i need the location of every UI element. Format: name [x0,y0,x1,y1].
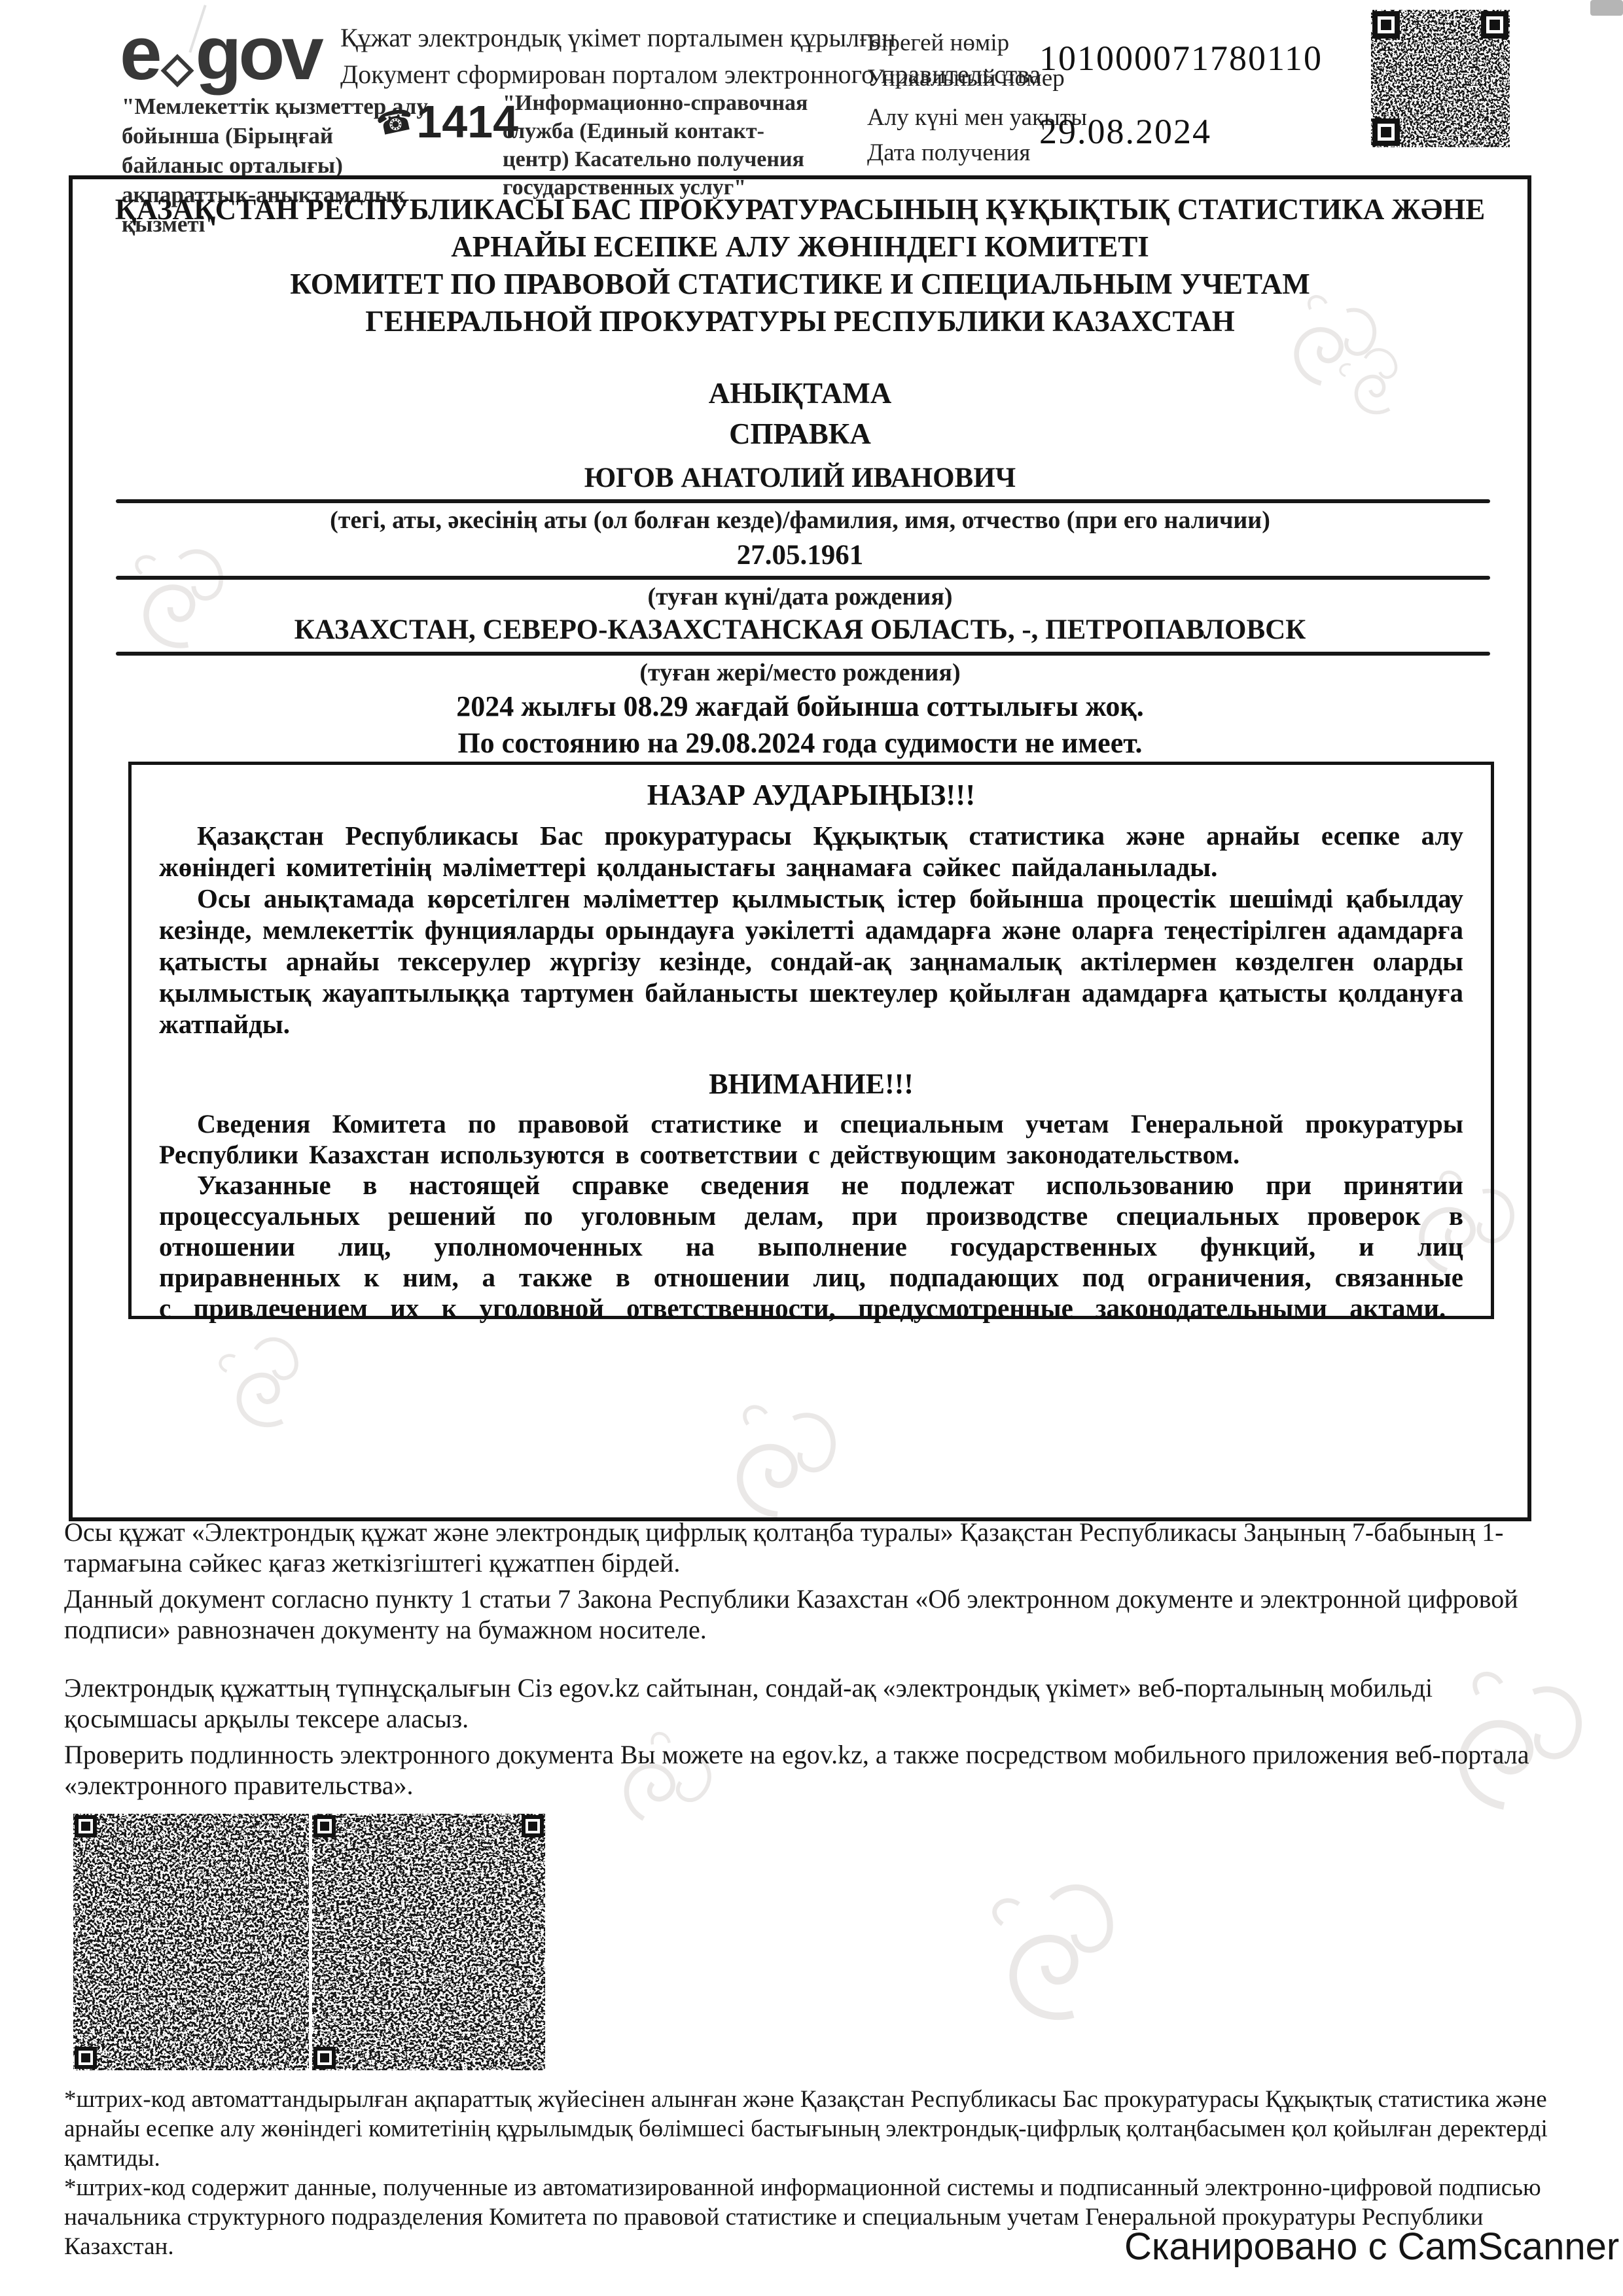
birth-date-caption: (туған күні/дата рождения) [73,582,1527,611]
org-title-line: АРНАЙЫ ЕСЕПКЕ АЛУ ЖӨНІНДЕГІ КОМИТЕТІ [73,230,1527,264]
birth-place-underline [116,652,1490,656]
egov-logo-gov: gov [196,9,321,97]
person-full-name: ЮГОВ АНАТОЛИЙ ИВАНОВИЧ [73,462,1527,494]
notice-box: НАЗАР АУДАРЫҢЫЗ!!! Қазақстан Республикас… [128,762,1494,1319]
conviction-statement-ru: По состоянию на 29.08.2024 года судимост… [73,726,1527,760]
camscanner-note: Сканировано с CamScanner [1124,2225,1619,2269]
birth-place-caption: (туған жері/место рождения) [73,658,1527,687]
unique-number-label-ru: Уникальный номер [867,64,1065,92]
egov-logo-diamond-icon [160,54,194,88]
notice-paragraph-ru: Указанные в настоящей справке сведения н… [159,1170,1463,1324]
barcode-finder-icon [75,1815,97,1837]
phone-icon: ☎ [373,101,417,143]
qr-finder-icon [1481,11,1508,39]
notice-paragraph-kz: Осы анықтамада көрсетілген мәліметтер қы… [159,883,1463,1040]
legal-equivalence-kz: Осы құжат «Электрондық құжат және электр… [64,1517,1572,1578]
legal-verify-kz: Электрондық құжаттың түпнұсқалығын Сіз e… [64,1672,1572,1734]
birth-date: 27.05.1961 [73,539,1527,571]
signature-barcodes [73,1814,545,2070]
birth-place: КАЗАХСТАН, СЕВЕРО-КАЗАХСТАНСКАЯ ОБЛАСТЬ,… [73,614,1527,646]
legal-section: Осы құжат «Электрондық құжат және электр… [64,1517,1572,1806]
egov-logo-e: e [120,9,159,97]
barcode-finder-icon [522,1815,544,1837]
qr-finder-icon [1372,11,1400,39]
qr-finder-icon [1372,118,1400,146]
receipt-date-value: 29.08.2024 [1039,111,1211,152]
egov-logo: e gov [120,9,321,97]
barcode-finder-icon [75,2047,97,2069]
doc-type-kz: АНЫҚТАМА [73,373,1527,414]
scan-smudge [1590,0,1623,16]
legal-verify-ru: Проверить подлинность электронного докум… [64,1739,1572,1801]
org-title-line: КОМИТЕТ ПО ПРАВОВОЙ СТАТИСТИКЕ И СПЕЦИАЛ… [73,267,1527,301]
org-title-line: ГЕНЕРАЛЬНОЙ ПРОКУРАТУРЫ РЕСПУБЛИКИ КАЗАХ… [73,304,1527,338]
barcode-left [73,1814,309,2070]
notice-paragraph-ru: Сведения Комитета по правовой статистике… [159,1108,1463,1170]
footnote-kz: *штрих-код автоматтандырылған ақпараттық… [64,2085,1572,2173]
birth-date-underline [116,576,1490,580]
org-title-line: ҚАЗАҚСТАН РЕСПУБЛИКАСЫ БАС ПРОКУРАТУРАСЫ… [73,192,1527,226]
doc-type-ru: СПРАВКА [73,414,1527,454]
unique-number-value: 101000071780110 [1039,38,1323,79]
notice-title-ru: ВНИМАНИЕ!!! [159,1067,1463,1101]
legal-equivalence-ru: Данный документ согласно пункту 1 статьи… [64,1583,1572,1645]
name-underline [116,499,1490,503]
ornament-watermark-icon [965,1861,1149,2045]
conviction-statement-kz: 2024 жылғы 08.29 жағдай бойынша соттылығ… [73,690,1527,723]
notice-paragraph-kz: Қазақстан Республикасы Бас прокуратурасы… [159,820,1463,883]
scanned-document-page: e gov Құжат электрондық үкімет порталыме… [0,0,1623,2296]
contact-phone: ☎ 1414 [376,96,518,148]
receipt-date-label-ru: Дата получения [867,139,1030,167]
notice-title-kz: НАЗАР АУДАРЫҢЫЗ!!! [159,778,1463,812]
document-border-box: ҚАЗАҚСТАН РЕСПУБЛИКАСЫ БАС ПРОКУРАТУРАСЫ… [69,175,1531,1521]
qr-code [1371,10,1510,147]
unique-number-label-kz: Бірегей нөмір [867,29,1009,57]
name-caption: (тегі, аты, әкесінің аты (ол болған кезд… [73,506,1527,535]
barcode-finder-icon [313,1815,336,1837]
barcode-finder-icon [313,2047,336,2069]
barcode-right [312,1814,545,2070]
